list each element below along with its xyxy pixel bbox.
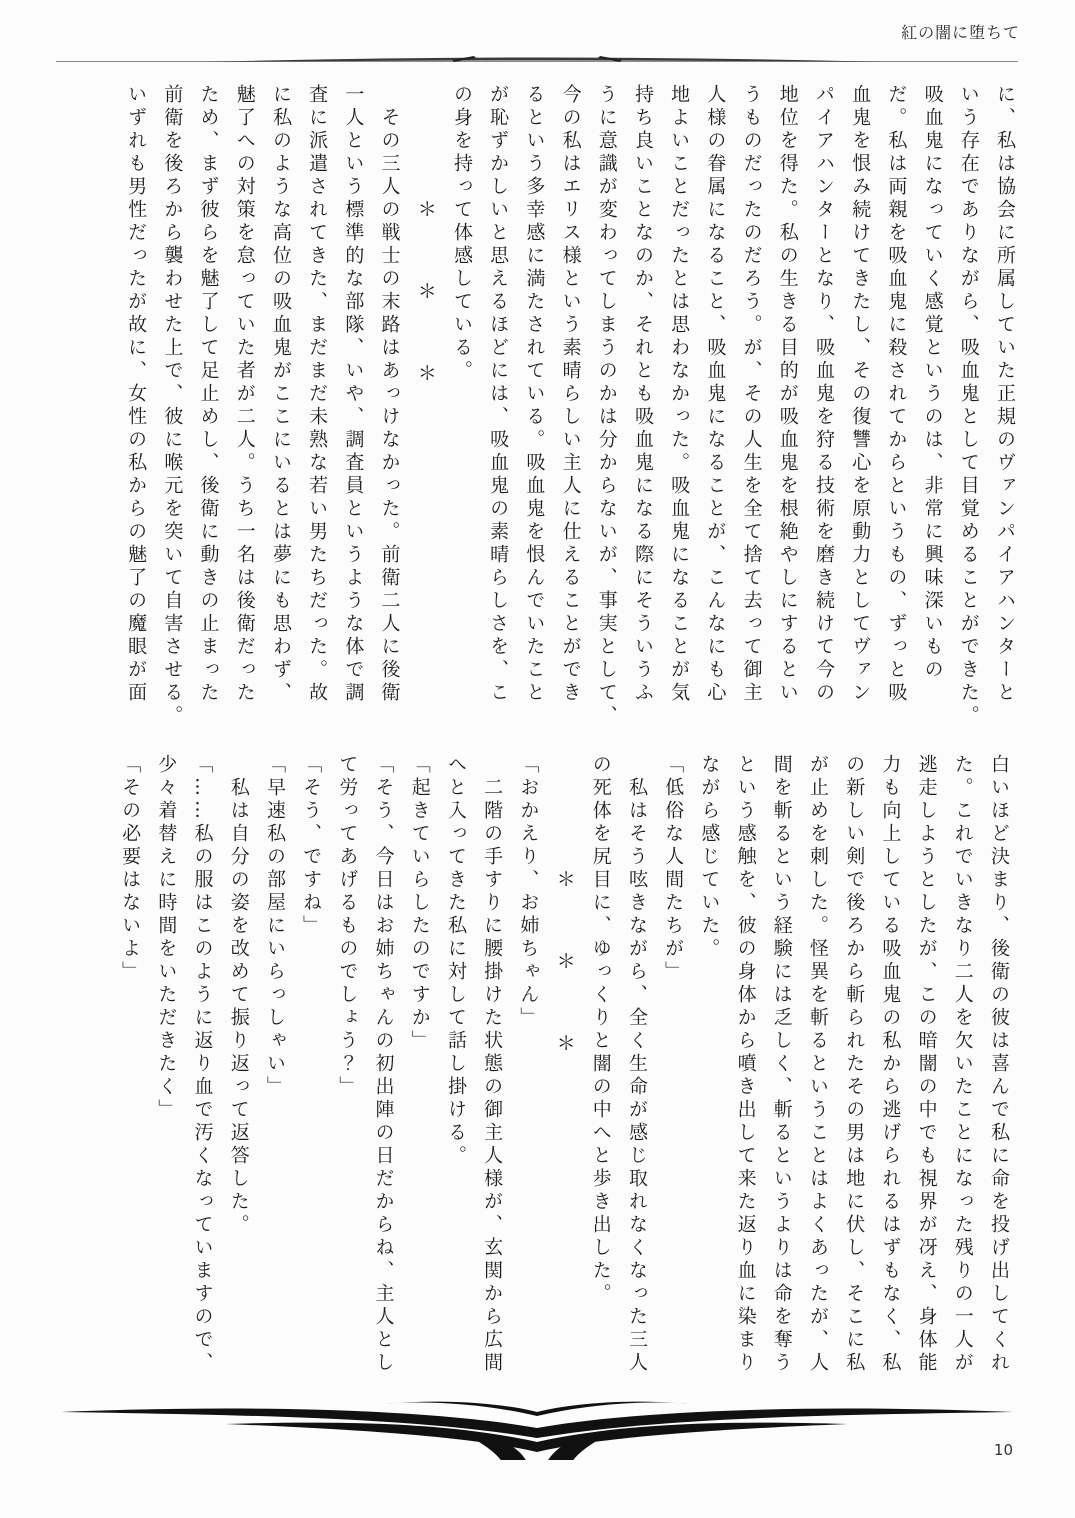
text-column: 「おかえり、お姉ちゃん」	[510, 754, 546, 1426]
page: 紅の闇に堕ちて に、私は協会に所属していた正規のヴァンパイアハンターという存在で…	[0, 0, 1075, 1518]
text-column: 「そう、ですね」	[293, 754, 329, 1426]
text-column: 一人という標準的な部隊、いや、調査員というような体で調	[335, 84, 371, 739]
text-column: た。これでいきなり二人を欠いたことになった残りの一人が	[945, 754, 981, 1426]
text-column: が止めを刺した。怪異を斬るということはよくあったが、人	[800, 754, 836, 1426]
text-column: 「早速私の部屋にいらっしゃい」	[257, 754, 293, 1426]
text-column: いう存在でありながら、吸血鬼として目覚めることができた。	[951, 84, 987, 739]
text-column: 少々着替えに時間をいただきたく」	[148, 754, 184, 1426]
page-number: 10	[994, 1441, 1013, 1459]
text-column: という感触を、彼の身体から噴き出して来た返り血に染まり	[727, 754, 763, 1426]
text-column: 吸血鬼になっていく感覚というのは、非常に興味深いもの	[914, 84, 950, 739]
text-column: だ。私は両親を吸血鬼に殺されてからというもの、ずっと吸	[878, 84, 914, 739]
text-column: 「その必要はないよ」	[112, 754, 148, 1426]
section-separator: ＊ ＊ ＊	[408, 84, 444, 739]
text-column: 「そう、今日はお姉ちゃんの初出陣の日だからね、主人とし	[365, 754, 401, 1426]
text-column: 私は自分の姿を改めて振り返って返答した。	[221, 754, 257, 1426]
text-column: 「起きていらしたのですか」	[402, 754, 438, 1426]
section-separator: ＊ ＊ ＊	[546, 754, 582, 1426]
text-column: 逃走しようとしたが、この暗闇の中でも視界が冴え、身体能	[908, 754, 944, 1426]
bottom-text-block: 白いほど決まり、後衛の彼は喜んで私に命を投げ出してくれた。これでいきなり二人を欠…	[112, 754, 1017, 1426]
text-column: パイアハンターとなり、吸血鬼を狩る技術を磨き続けて今の	[806, 84, 842, 739]
text-column: 前衛を後ろから襲わせた上で、彼に喉元を突いて自害させる。	[154, 84, 190, 739]
text-column: 「……私の服はこのように返り血で汚くなっていますので、	[184, 754, 220, 1426]
top-text-block: に、私は協会に所属していた正規のヴァンパイアハンターという存在でありながら、吸血…	[118, 84, 1023, 739]
text-column: の死体を尻目に、ゆっくりと闇の中へと歩き出した。	[583, 754, 619, 1426]
text-column: 今の私はエリス様という素晴らしい主人に仕えることができ	[552, 84, 588, 739]
text-column: の身を持って体感している。	[444, 84, 480, 739]
bottom-divider-ornament	[56, 1398, 1018, 1460]
page-header-title: 紅の闇に堕ちて	[901, 20, 1020, 43]
text-column: て労ってあげるものでしょう？」	[329, 754, 365, 1426]
text-column: が恥ずかしいと思えるほどには、吸血鬼の素晴らしさを、こ	[480, 84, 516, 739]
text-column: 地よいことだったとは思わなかった。吸血鬼になることが気	[661, 84, 697, 739]
text-column: 魅了への対策を怠っていた者が二人。うち一名は後衛だった	[227, 84, 263, 739]
text-column: に、私は協会に所属していた正規のヴァンパイアハンターと	[987, 84, 1023, 739]
text-column: 持ち良いことなのか、それとも吸血鬼になる際にそういうふ	[625, 84, 661, 739]
text-column: ながら感じていた。	[691, 754, 727, 1426]
text-column: うものだったのだろう。が、その人生を全て捨て去って御主	[733, 84, 769, 739]
text-column: の新しい剣で後ろから斬られたその男は地に伏し、そこに私	[836, 754, 872, 1426]
text-column: 白いほど決まり、後衛の彼は喜んで私に命を投げ出してくれ	[981, 754, 1017, 1426]
text-column: その三人の戦士の末路はあっけなかった。前衛二人に後衛	[371, 84, 407, 739]
text-column: 私はそう呟きながら、全く生命が感じ取れなくなった三人	[619, 754, 655, 1426]
text-column: うに意識が変わってしまうのかは分からないが、事実として、	[589, 84, 625, 739]
text-column: 間を斬るという経験には乏しく、斬るというよりは命を奪う	[764, 754, 800, 1426]
text-column: 人様の眷属になること、吸血鬼になることが、こんなにも心	[697, 84, 733, 739]
text-column: 血鬼を恨み続けてきたし、その復讐心を原動力としてヴァン	[842, 84, 878, 739]
text-column: 二階の手すりに腰掛けた状態の御主人様が、玄関から広間	[474, 754, 510, 1426]
text-column: 力も向上している吸血鬼の私から逃げられるはずもなく、私	[872, 754, 908, 1426]
text-column: 地位を得た。私の生きる目的が吸血鬼を根絶やしにするとい	[770, 84, 806, 739]
text-column: ため、まず彼らを魅了して足止めし、後衛に動きの止まった	[190, 84, 226, 739]
text-column: るという多幸感に満たされている。吸血鬼を恨んでいたこと	[516, 84, 552, 739]
text-column: 「低俗な人間たちが」	[655, 754, 691, 1426]
top-divider-ornament	[56, 52, 1018, 70]
text-column: いずれも男性だったが故に、女性の私からの魅了の魔眼が面	[118, 84, 154, 739]
text-column: へと入ってきた私に対して話し掛ける。	[438, 754, 474, 1426]
text-column: に私のような高位の吸血鬼がここにいるとは夢にも思わず、	[263, 84, 299, 739]
text-column: 査に派遣されてきた、まだまだ未熟な若い男たちだった。故	[299, 84, 335, 739]
